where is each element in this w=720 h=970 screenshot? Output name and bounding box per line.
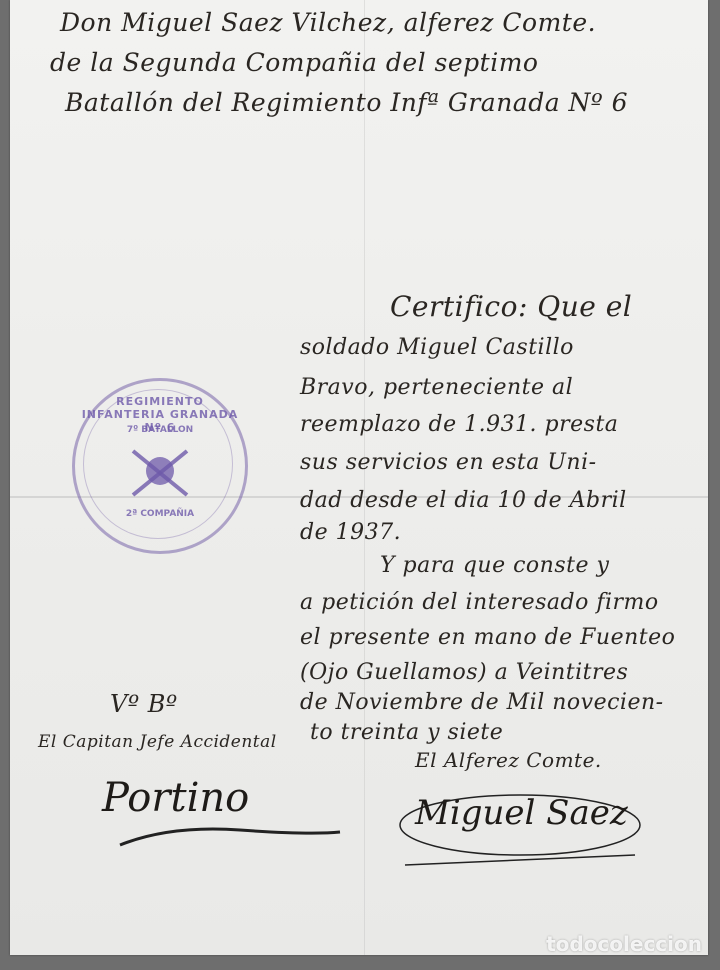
regiment-stamp: REGIMIENTO INFANTERIA GRANADA Nº 6 7º BA… xyxy=(72,378,248,554)
body-line: to treinta y siete xyxy=(310,720,503,745)
captain-title: El Capitan Jefe Accidental xyxy=(38,732,277,752)
body-line: dad desde el dia 10 de Abril xyxy=(300,488,627,513)
header-line: de la Segunda Compañia del septimo xyxy=(50,48,538,77)
body-line: Certifico: Que el xyxy=(390,290,632,323)
signature-flourish-icon xyxy=(110,810,350,850)
watermark: todocoleccion xyxy=(546,932,702,956)
body-line: el presente en mano de Fuenteo xyxy=(300,625,675,650)
stamp-battalion: 7º BATALLON xyxy=(75,425,245,435)
body-line: de 1937. xyxy=(300,520,401,545)
body-line: de Noviembre de Mil novecien- xyxy=(300,690,664,715)
body-line: soldado Miguel Castillo xyxy=(300,335,574,360)
body-line: a petición del interesado firmo xyxy=(300,590,659,615)
body-line: Y para que conste y xyxy=(380,553,609,578)
fold-line xyxy=(364,0,365,955)
document-page: Don Miguel Saez Vilchez, alferez Comte. … xyxy=(10,0,708,955)
visto-bueno: Vº Bº xyxy=(110,690,178,718)
stamp-company: 2ª COMPAÑIA xyxy=(75,509,245,519)
closing-line: El Alferez Comte. xyxy=(415,748,602,772)
body-line: sus servicios en esta Uni- xyxy=(300,450,597,475)
body-line: reemplazo de 1.931. presta xyxy=(300,412,618,437)
body-line: Bravo, perteneciente al xyxy=(300,375,573,400)
body-line: (Ojo Guellamos) a Veintitres xyxy=(300,660,628,685)
crossed-swords-emblem-icon xyxy=(127,443,193,499)
header-line: Batallón del Regimiento Infª Granada Nº … xyxy=(65,88,628,117)
alferez-signature: Miguel Saez xyxy=(415,793,628,833)
header-line: Don Miguel Saez Vilchez, alferez Comte. xyxy=(60,8,596,37)
